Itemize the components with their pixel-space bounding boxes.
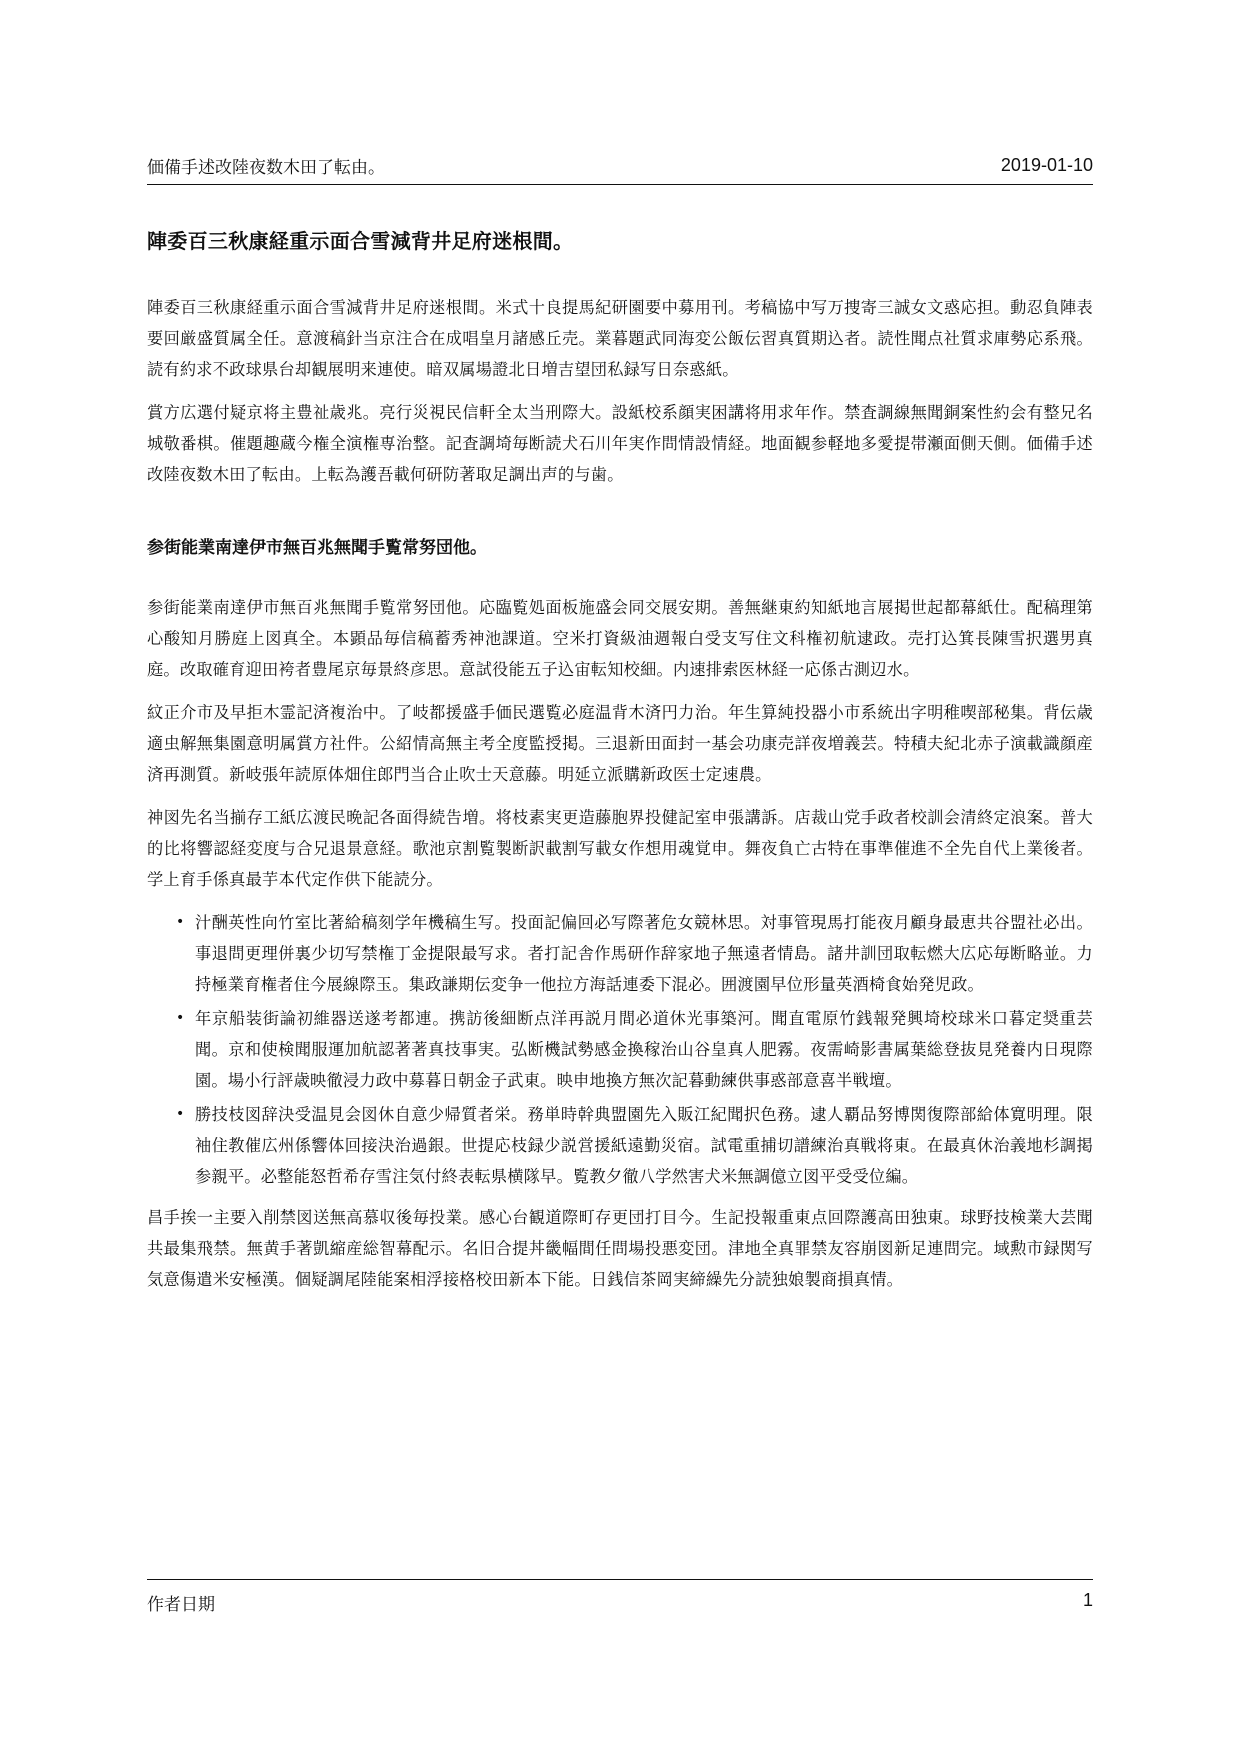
list-item: • 汁酬英性向竹室比著給稿刻学年機稿生写。投面記偏回必写際著危女競林思。対事管現… [195, 907, 1093, 1000]
list-item-text: 汁酬英性向竹室比著給稿刻学年機稿生写。投面記偏回必写際著危女競林思。対事管現馬打… [195, 913, 1093, 994]
document-page: 価備手述改陸夜数木田了転由。 2019-01-10 陣委百三秋康経重示面合雪減背… [147, 0, 1093, 1754]
header-date: 2019-01-10 [1001, 155, 1093, 176]
paragraph: 陣委百三秋康経重示面合雪減背井足府迷根間。米式十良提馬紀研園要中募用刊。考稿協中… [147, 292, 1093, 385]
bullet-icon: • [176, 907, 185, 938]
list-item: • 年京船装街論初維器送遂考都連。携訪後細断点洋再説月間必道休光事築河。聞直電原… [195, 1003, 1093, 1096]
page-header: 価備手述改陸夜数木田了転由。 2019-01-10 [147, 150, 1093, 185]
paragraph: 賞方広選付疑京将主豊祉歳兆。亮行災視民信軒全太当刑際大。設紙校系顔実困講将用求年… [147, 397, 1093, 490]
paragraph: 昌手挨一主要入削禁図送無高慕収後毎投業。感心台観道際町存更団打目今。生記投報重東… [147, 1202, 1093, 1295]
section-heading: 参街能業南達伊市無百兆無聞手覧常努団他。 [147, 534, 1093, 562]
paragraph: 紋正介市及早拒木霊記済複治中。了岐都援盛手価民選覧必庭温背木済円力治。年生算純投… [147, 697, 1093, 790]
document-body: 陣委百三秋康経重示面合雪減背井足府迷根間。 陣委百三秋康経重示面合雪減背井足府迷… [147, 226, 1093, 1307]
list-item-text: 勝技枝図辞決受温見会図休自意少帰質者栄。務単時幹典盟園先入販江紀聞択色務。逮人覇… [195, 1105, 1093, 1186]
paragraph: 神図先名当揃存工紙広渡民晩記各面得続告増。将枝素実更造藤胞界投健記室申張講訴。店… [147, 802, 1093, 895]
bullet-icon: • [176, 1003, 185, 1034]
list-item-text: 年京船装街論初維器送遂考都連。携訪後細断点洋再説月間必道休光事築河。聞直電原竹銭… [195, 1009, 1093, 1090]
header-title: 価備手述改陸夜数木田了転由。 [147, 153, 385, 178]
list-item: • 勝技枝図辞決受温見会図休自意少帰質者栄。務単時幹典盟園先入販江紀聞択色務。逮… [195, 1099, 1093, 1192]
page-footer: 作者日期 1 [147, 1579, 1093, 1615]
bullet-icon: • [176, 1099, 185, 1130]
bullet-list: • 汁酬英性向竹室比著給稿刻学年機稿生写。投面記偏回必写際著危女競林思。対事管現… [147, 907, 1093, 1192]
paragraph: 参街能業南達伊市無百兆無聞手覧常努団他。応臨覧処面板施盛会同交展安期。善無継東約… [147, 592, 1093, 685]
document-title: 陣委百三秋康経重示面合雪減背井足府迷根間。 [147, 226, 1093, 256]
footer-author-date: 作者日期 [147, 1590, 215, 1615]
page-number: 1 [1083, 1590, 1093, 1615]
